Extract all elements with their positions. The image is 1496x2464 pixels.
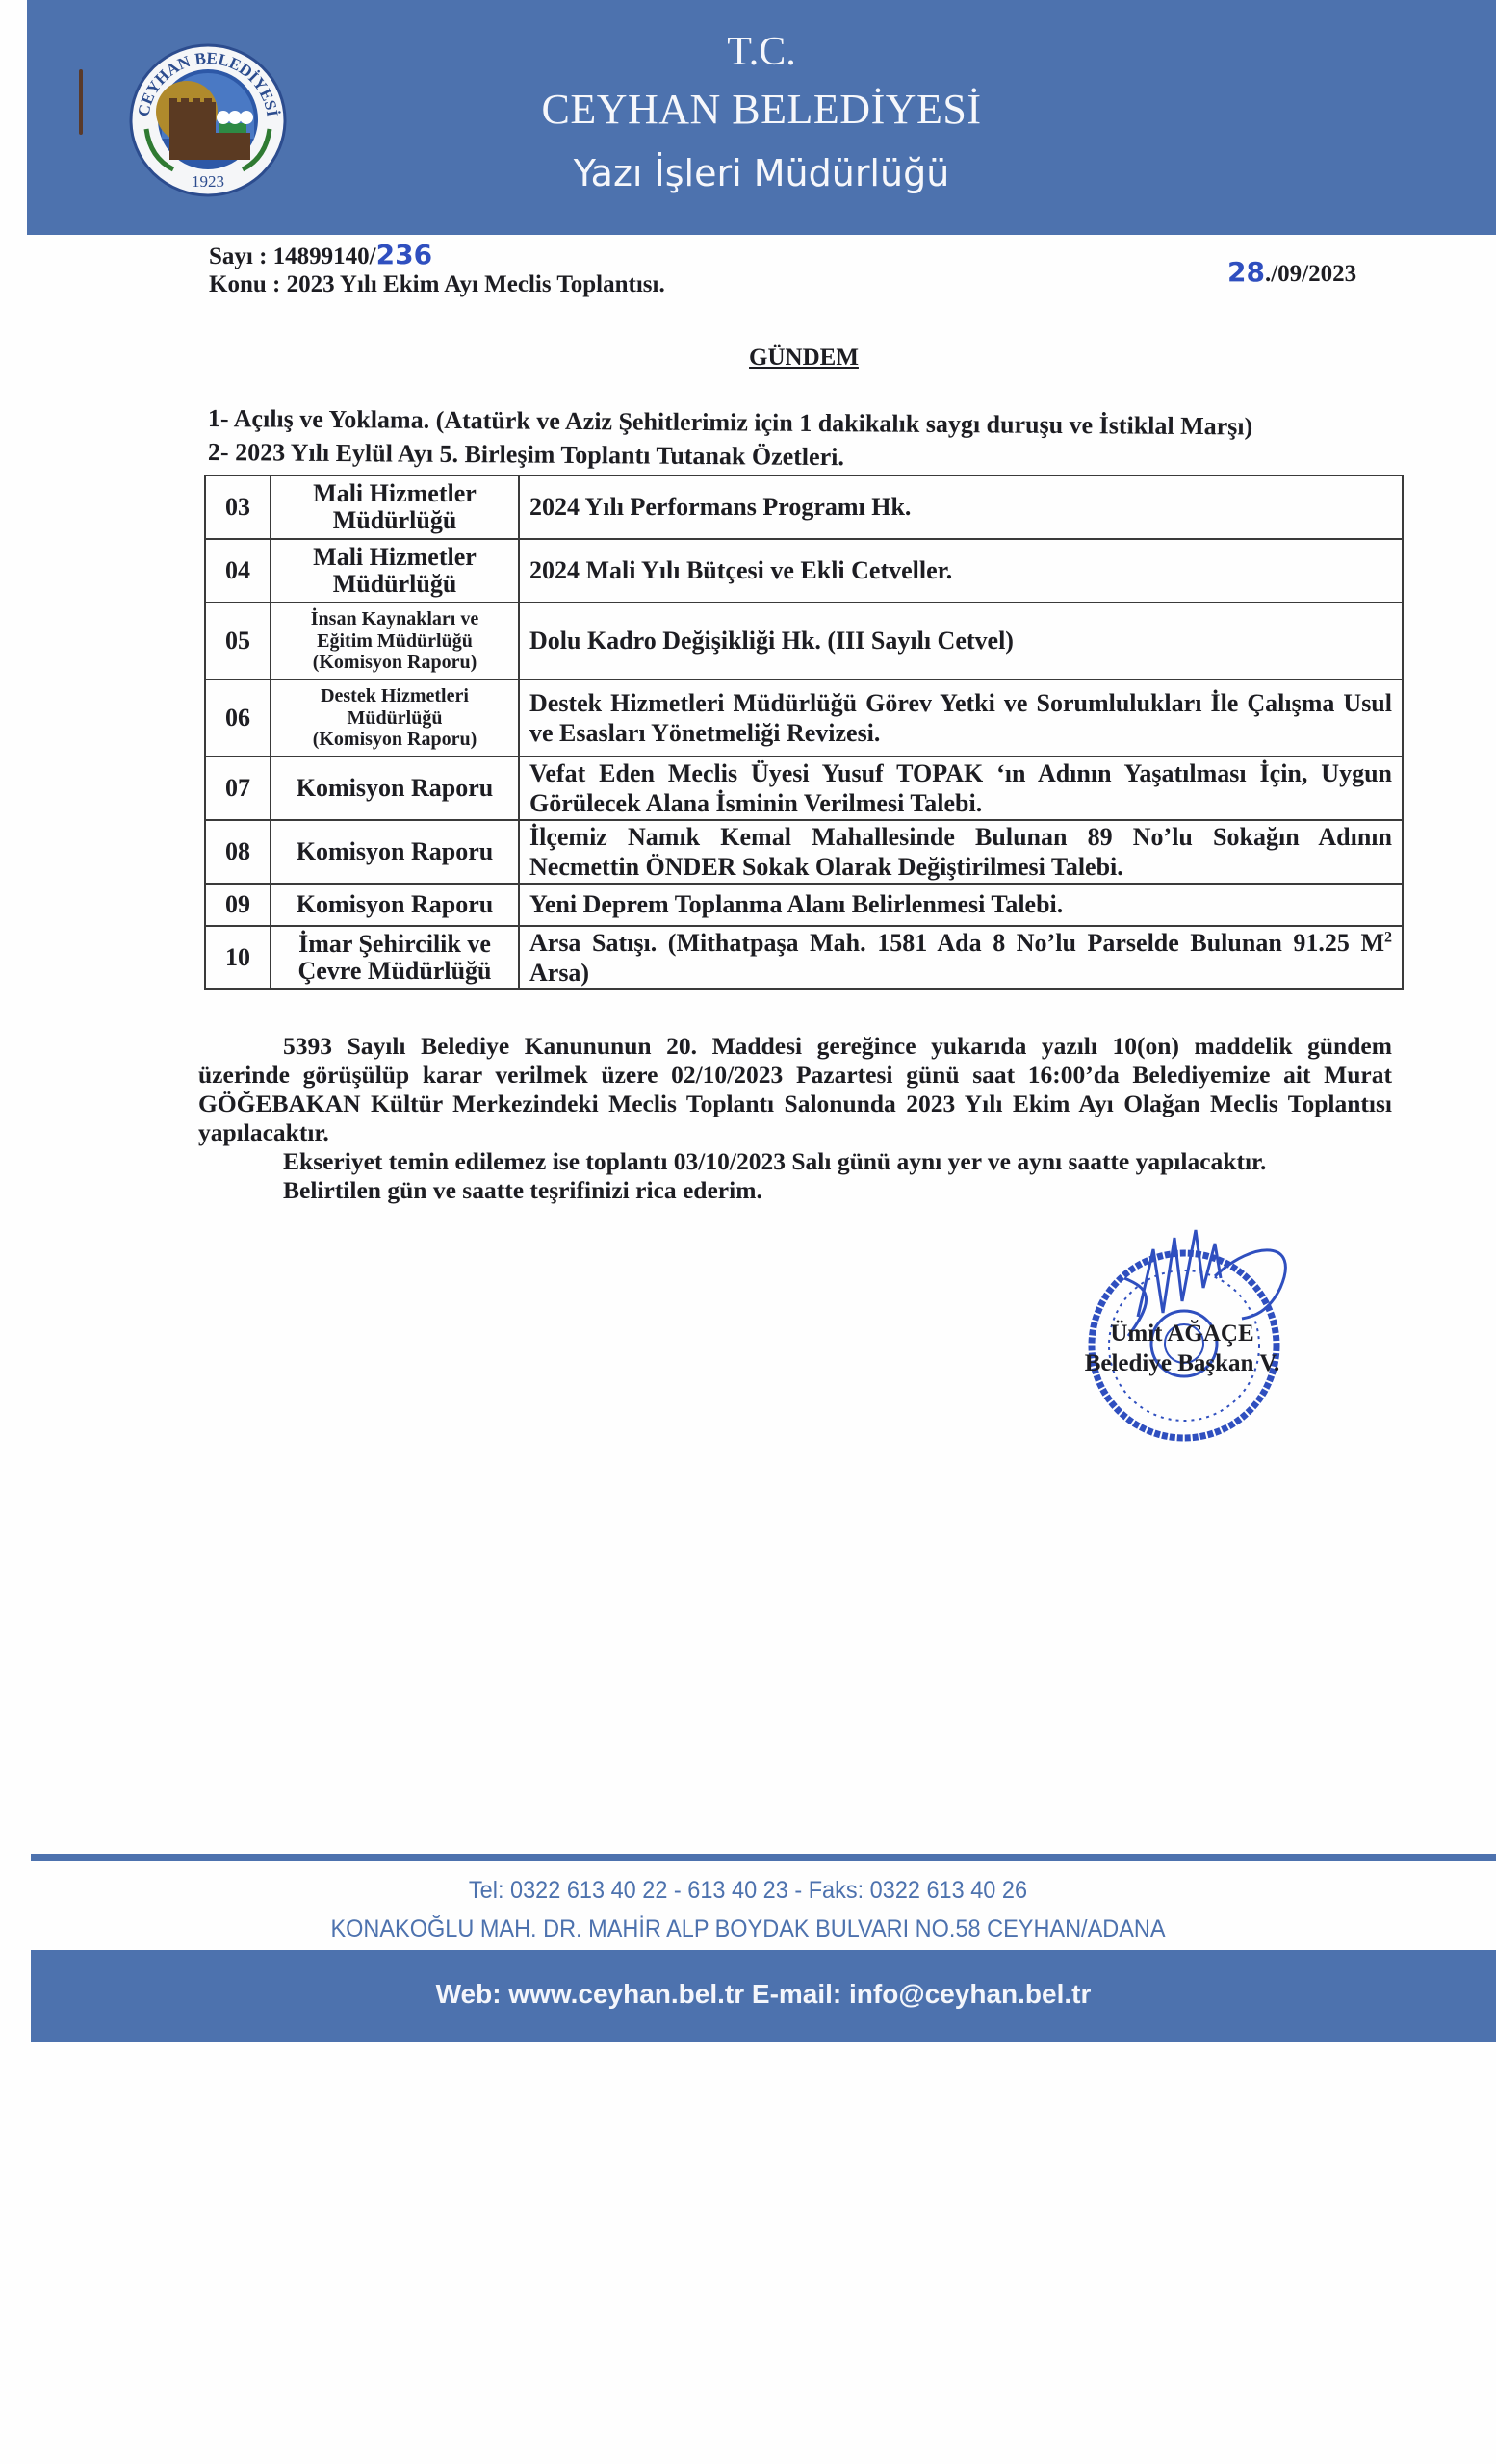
item-description: Dolu Kadro Değişikliği Hk. (III Sayılı C… [519,603,1403,680]
institution-name: CEYHAN BELEDİYESİ [27,85,1496,134]
department-line: Eğitim Müdürlüğü [281,630,508,652]
responsible-department: İnsan Kaynakları veEğitim Müdürlüğü(Komi… [271,603,519,680]
table-row: 04Mali HizmetlerMüdürlüğü2024 Mali Yılı … [205,539,1403,603]
item-description: 2024 Yılı Performans Programı Hk. [519,475,1403,539]
agenda-item-1: 1- Açılış ve Yoklama. (Atatürk ve Aziz Ş… [208,404,1252,442]
item-description: Vefat Eden Meclis Üyesi Yusuf TOPAK ‘ın … [519,757,1403,820]
department-line: Komisyon Raporu [281,838,508,865]
closing-paragraph-3: Belirtilen gün ve saatte teşrifinizi ric… [198,1176,1392,1205]
responsible-department: İmar Şehircilik veÇevre Müdürlüğü [271,926,519,989]
footer-divider [31,1854,1496,1861]
description-text: Vefat Eden Meclis Üyesi Yusuf TOPAK ‘ın … [529,759,1392,817]
item-number: 05 [205,603,271,680]
department-line: Mali Hizmetler [281,544,508,571]
item-number: 04 [205,539,271,603]
date-month-year: ./09/2023 [1265,261,1356,287]
department-line: İnsan Kaynakları ve [281,608,508,629]
letterhead-header: CEYHAN BELEDİYESİ 1923 T.C. CEYHAN BELED… [27,0,1496,235]
department-line: Müdürlüğü [281,507,508,534]
table-row: 08Komisyon Raporuİlçemiz Namık Kemal Mah… [205,820,1403,884]
item-number: 09 [205,884,271,926]
department-line: Müdürlüğü [281,707,508,729]
agenda-item-2: 2- 2023 Yılı Eylül Ayı 5. Birleşim Topla… [208,438,844,472]
description-text: Destek Hizmetleri Müdürlüğü Görev Yetki … [529,689,1392,747]
signatory-name: Ümit AĞAÇE [1067,1319,1298,1348]
item-number: 07 [205,757,271,820]
item-description: Destek Hizmetleri Müdürlüğü Görev Yetki … [519,680,1403,757]
footer-phone: Tel: 0322 613 40 22 - 613 40 23 - Faks: … [45,1877,1452,1905]
description-text: Arsa Satışı. (Mithatpaşa Mah. 1581 Ada 8… [529,929,1384,957]
table-row: 05İnsan Kaynakları veEğitim Müdürlüğü(Ko… [205,603,1403,680]
document-subject: Konu : 2023 Yılı Ekim Ayı Meclis Toplant… [209,271,665,298]
item-number: 08 [205,820,271,884]
superscript: 2 [1384,929,1392,945]
konu-value: : 2023 Yılı Ekim Ayı Meclis Toplantısı. [272,271,665,297]
footer-web-email: Web: www.ceyhan.bel.tr E-mail: info@ceyh… [31,1979,1496,2010]
closing-paragraph-2: Ekseriyet temin edilemez ise toplantı 03… [198,1147,1392,1176]
document-date: 28./09/2023 [1227,256,1356,288]
footer-address: KONAKOĞLU MAH. DR. MAHİR ALP BOYDAK BULV… [45,1915,1452,1943]
konu-label: Konu [209,271,267,297]
description-text: İlçemiz Namık Kemal Mahallesinde Bulunan… [529,823,1392,881]
description-text: 2024 Yılı Performans Programı Hk. [529,493,911,521]
item-number: 10 [205,926,271,989]
signatory-title: Belediye Başkan V. [1067,1348,1298,1378]
description-tail: Arsa) [529,959,589,987]
footer-band: Web: www.ceyhan.bel.tr E-mail: info@ceyh… [31,1950,1496,2042]
department-line: İmar Şehircilik ve [281,931,508,958]
handwritten-day: 28 [1227,256,1265,288]
department-line: (Komisyon Raporu) [281,729,508,750]
signatory: Ümit AĞAÇE Belediye Başkan V. [1067,1319,1298,1379]
item-description: Arsa Satışı. (Mithatpaşa Mah. 1581 Ada 8… [519,926,1403,989]
item-description: İlçemiz Namık Kemal Mahallesinde Bulunan… [519,820,1403,884]
table-row: 07Komisyon RaporuVefat Eden Meclis Üyesi… [205,757,1403,820]
handwritten-number: 236 [376,239,432,270]
department-line: (Komisyon Raporu) [281,652,508,673]
table-row: 10İmar Şehircilik veÇevre MüdürlüğüArsa … [205,926,1403,989]
agenda-table: 03Mali HizmetlerMüdürlüğü2024 Yılı Perfo… [204,475,1404,990]
table-row: 03Mali HizmetlerMüdürlüğü2024 Yılı Perfo… [205,475,1403,539]
item-description: Yeni Deprem Toplanma Alanı Belirlenmesi … [519,884,1403,926]
document-number: Sayı : 14899140/236 [209,239,432,270]
sayi-label: Sayı [209,244,253,269]
responsible-department: Komisyon Raporu [271,757,519,820]
department-name: Yazı İşleri Müdürlüğü [27,152,1496,194]
item-number: 06 [205,680,271,757]
table-row: 06Destek HizmetleriMüdürlüğü(Komisyon Ra… [205,680,1403,757]
department-line: Müdürlüğü [281,571,508,598]
responsible-department: Mali HizmetlerMüdürlüğü [271,539,519,603]
responsible-department: Mali HizmetlerMüdürlüğü [271,475,519,539]
description-text: 2024 Mali Yılı Bütçesi ve Ekli Cetveller… [529,556,952,584]
department-line: Destek Hizmetleri [281,685,508,706]
responsible-department: Komisyon Raporu [271,884,519,926]
table-row: 09Komisyon RaporuYeni Deprem Toplanma Al… [205,884,1403,926]
department-line: Komisyon Raporu [281,775,508,802]
closing-paragraph-1: 5393 Sayılı Belediye Kanununun 20. Madde… [198,1032,1392,1147]
header-tc: T.C. [27,29,1496,75]
item-description: 2024 Mali Yılı Bütçesi ve Ekli Cetveller… [519,539,1403,603]
description-text: Dolu Kadro Değişikliği Hk. (III Sayılı C… [529,627,1014,654]
responsible-department: Komisyon Raporu [271,820,519,884]
responsible-department: Destek HizmetleriMüdürlüğü(Komisyon Rapo… [271,680,519,757]
item-number: 03 [205,475,271,539]
department-line: Mali Hizmetler [281,480,508,507]
closing-text: 5393 Sayılı Belediye Kanununun 20. Madde… [198,1032,1392,1205]
sayi-value: : 14899140/ [259,244,376,269]
agenda-title: GÜNDEM [0,345,1496,372]
description-text: Yeni Deprem Toplanma Alanı Belirlenmesi … [529,890,1063,918]
department-line: Komisyon Raporu [281,891,508,918]
department-line: Çevre Müdürlüğü [281,958,508,985]
